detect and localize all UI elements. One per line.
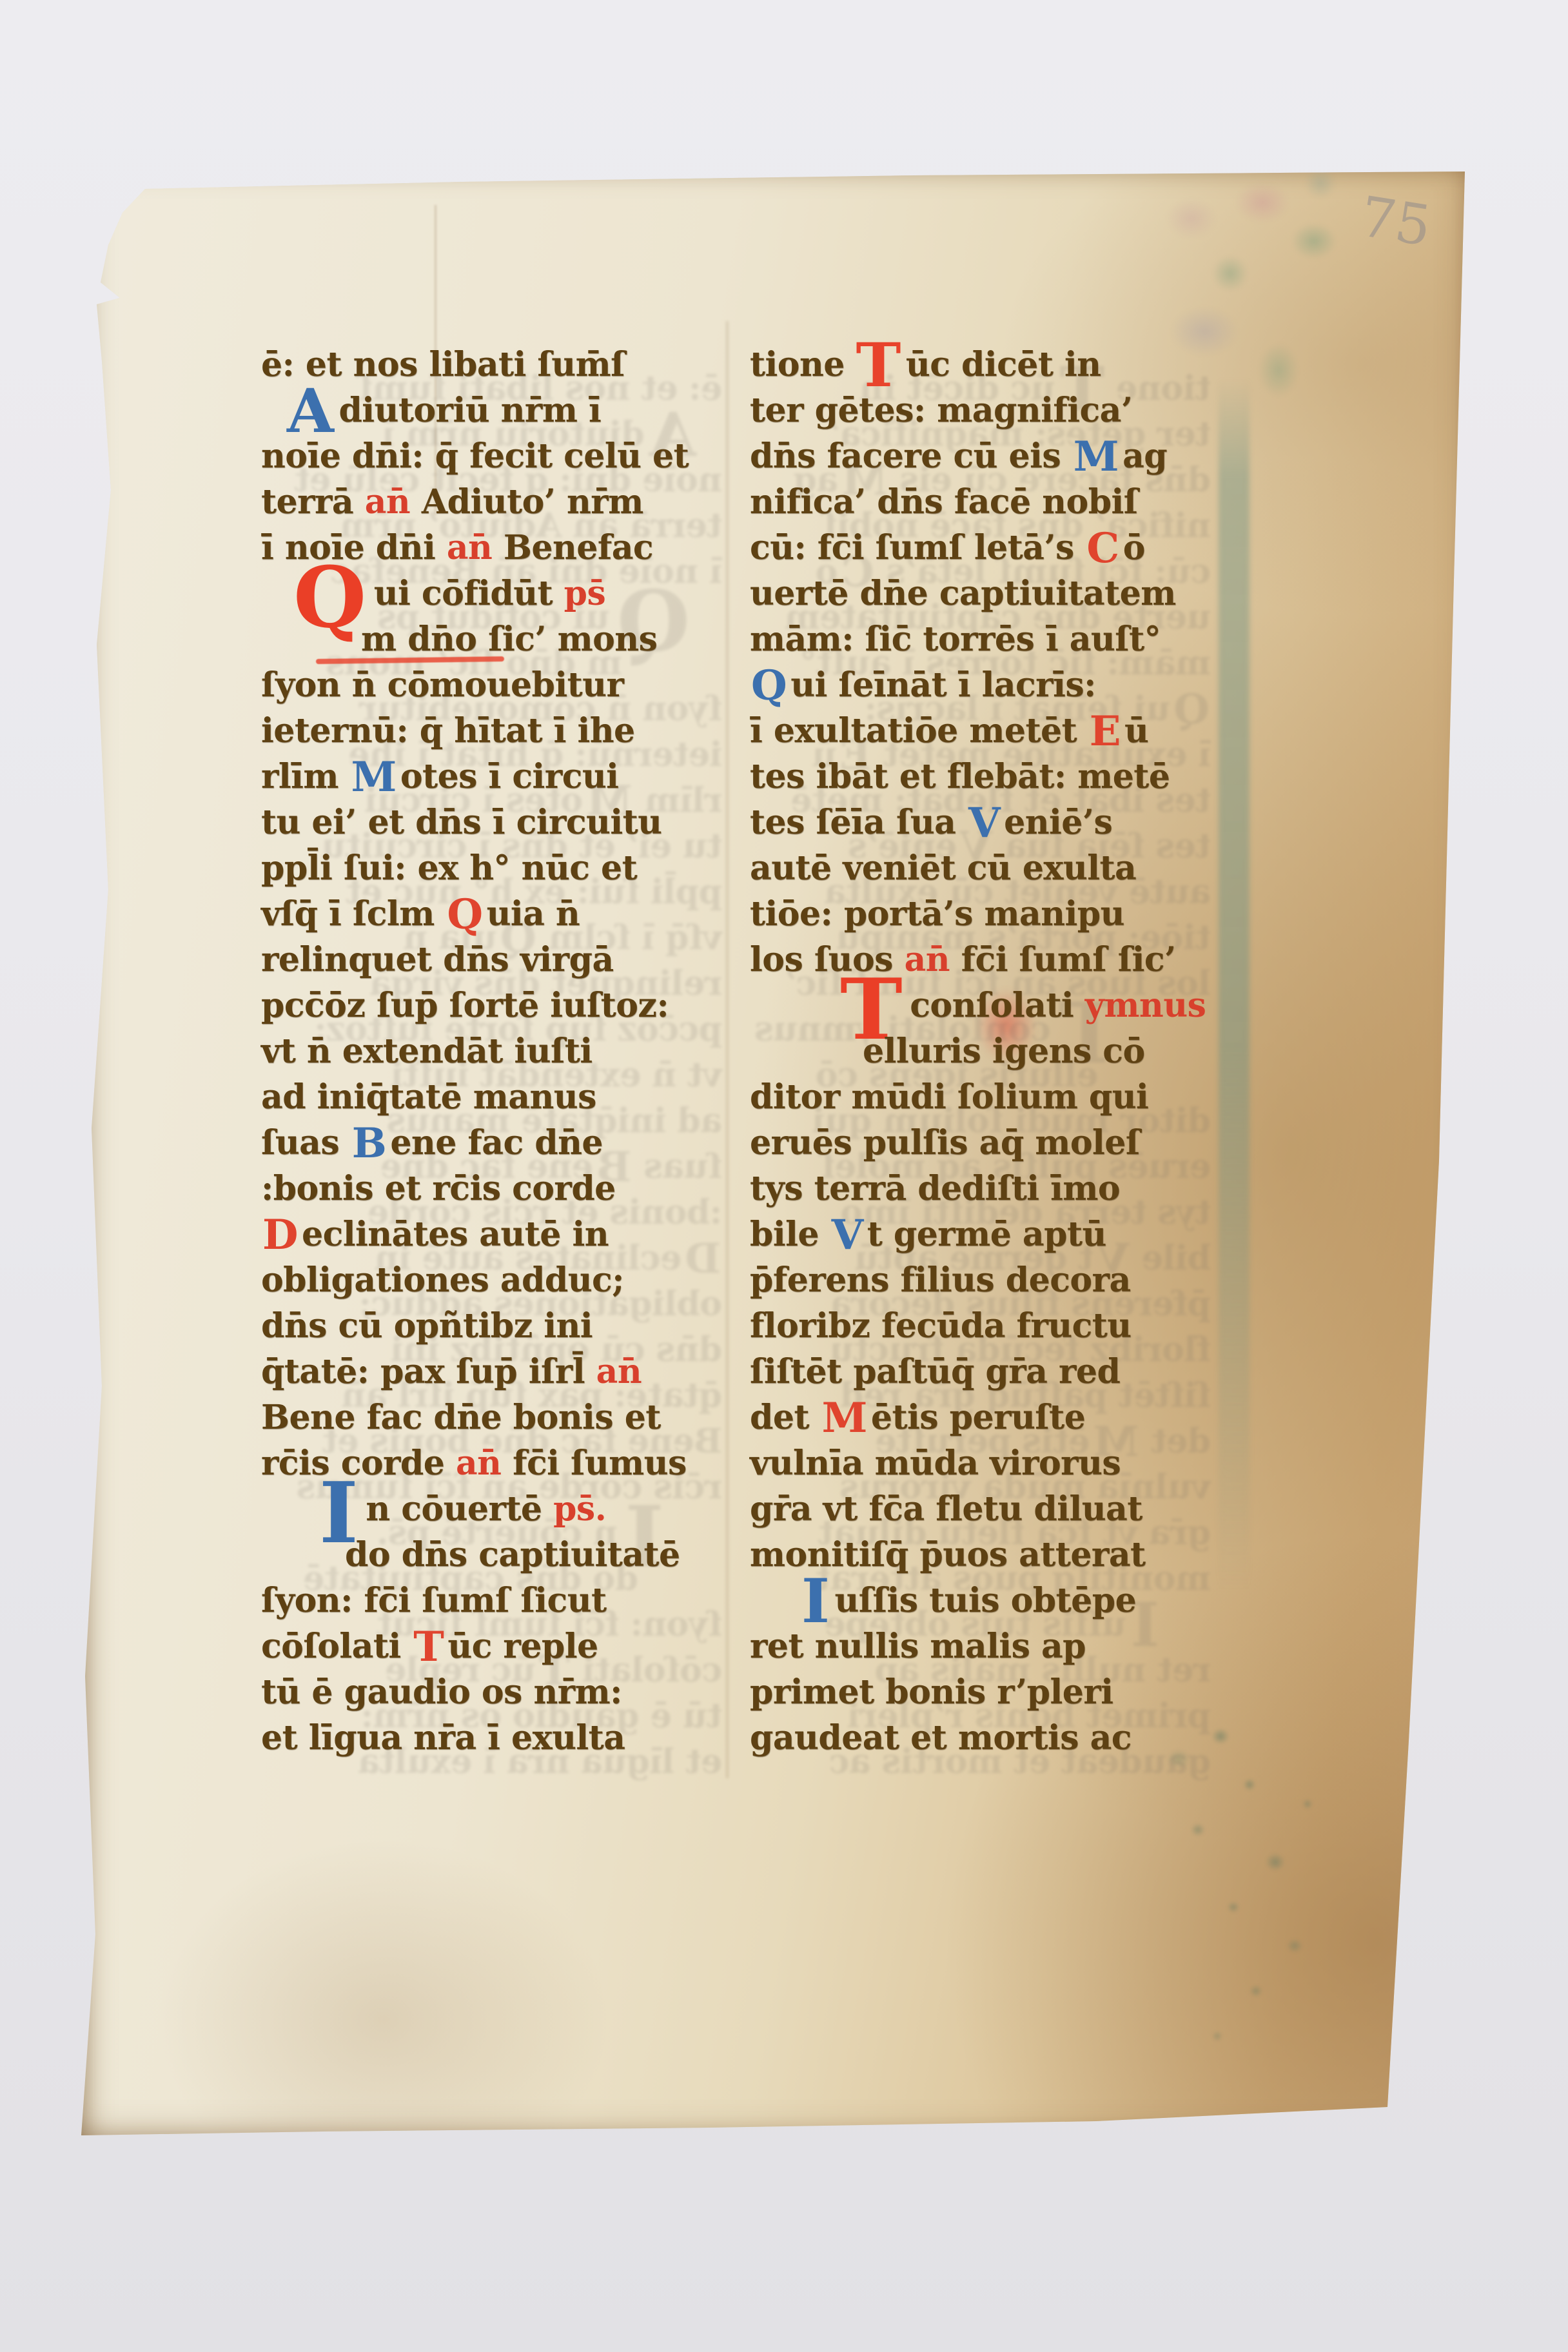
text-line: los ſuos an̄ fc̄i ſumſ ſic’ [750,937,1211,983]
text-line: vt n̄ extendāt iuſti [261,1028,722,1074]
ink-text: autē veniēt cū exulta [750,848,1136,888]
ink-text: floribz fecūda fructu [750,1306,1132,1346]
text-line: tes ſēīa ſua Veniē’s [750,799,1211,845]
ink-text: ditor mūdi ſolium qui [750,1077,1148,1117]
text-line: ſuas Bene fac dn̄e [261,1120,722,1166]
ink-text: ūc reple [447,1627,598,1666]
text-line: ret nullis malis ap [750,1623,1211,1669]
text-line: cū: fc̄i ſumſ letā’s Cō [750,525,1211,571]
text-line: Declinātes autē in [261,1211,722,1257]
text-line: Tconſolati ymnus [750,983,1211,1028]
ink-text: ui ſeīnāt ī lacrīs: [790,665,1096,705]
ink-text: eclinātes autē in [302,1215,609,1254]
manuscript-leaf: 75 ē: et nos libati ſum̄ſAdiutoriū nr̄m … [76,166,1472,2138]
ink-text: uia n̄ [487,894,580,934]
ink-text: vulnīa mūda virorus [750,1444,1121,1483]
text-line: ſyon n̄ cōmouebitur [261,662,722,708]
rubric-text: an̄ [596,1352,642,1391]
text-line: tū ē gaudio os nr̄m: [261,1669,722,1715]
ink-text: tiōe: portā’s manipu [750,894,1124,934]
ink-text: ene fac dn̄e [390,1123,603,1162]
text-line: tu ei’ et dn̄s ī circuitu [261,799,722,845]
text-line: relinquet dn̄s virgā [261,937,722,983]
text-line: Qui cōfidūt ps̄ [261,571,722,616]
text-line: ppl̄i ſui: ex h° nūc et [261,845,722,891]
ink-text: tione [750,345,856,384]
ink-text: elluris igens cō [863,1032,1145,1071]
ink-text: ſyon: fc̄i ſumſ ſicut [261,1581,607,1620]
lombard-initial: T [413,1623,444,1671]
ink-text: ter gētes: magnifica’ [750,391,1132,430]
text-line: et līgua nr̄a ī exulta [261,1715,722,1761]
ink-text: et līgua nr̄a ī exulta [261,1718,625,1758]
text-line: vulnīa mūda virorus [750,1440,1211,1486]
ink-text: dn̄s facere cū eis [750,436,1072,476]
ink-text: ppl̄i ſui: ex h° nūc et [261,848,637,888]
text-line: gr̄a vt fc̄a fletu diluat [750,1486,1211,1532]
text-line: Iuſſis tuis obtēpe [750,1578,1211,1623]
text-line: pcc̄ōz ſup̄ ſortē iuſtoz: [261,983,722,1028]
text-line: Qui ſeīnāt ī lacrīs: [750,662,1211,708]
rubric-text: ps̄ [564,574,606,613]
text-line: cōſolati Tūc reple [261,1623,722,1669]
text-line: m dn̄o ſic’ mons [261,616,722,662]
ink-text: gaudeat et mortis ac [750,1718,1132,1758]
text-line: bile Vt germē aptū [750,1211,1211,1257]
text-line: tiōe: portā’s manipu [750,891,1211,937]
ink-text: tys terrā dediſti īmo [750,1169,1120,1208]
text-line: In cōuertē ps̄. [261,1486,722,1532]
ink-text: eniē’s [1004,803,1112,842]
folio-number: 75 [1356,184,1436,259]
rubric-text: an̄ [365,482,422,522]
ink-text: Benefac [504,528,653,567]
rubric-text: an̄ [447,528,504,567]
text-line: tys terrā dediſti īmo [750,1166,1211,1211]
text-line: ad iniq̄tatē manus [261,1074,722,1120]
ink-text: vt n̄ extendāt iuſti [261,1032,593,1071]
ink-text: fc̄i ſumſ ſic’ [961,940,1176,979]
text-line: q̄tatē: pax ſup̄ iſrl̄ an̄ [261,1349,722,1395]
text-line: obligationes adduc; [261,1257,722,1303]
ink-text: ūc dicēt in [906,345,1101,384]
rubric-text: ymnus [1085,986,1206,1025]
ink-text: uertē dn̄e captiuitatem [750,574,1176,613]
text-line: uertē dn̄e captiuitatem [750,571,1211,616]
ink-text: ſuas [261,1123,351,1162]
right-text-column: tione Tūc dicēt inter gētes: magnifica’d… [750,342,1211,1761]
ink-text: ū [1124,711,1148,750]
ink-text: ō [1123,528,1145,567]
ink-text: det [750,1398,821,1437]
ink-text: Bene fac dn̄e bonis et [261,1398,661,1437]
ink-text: m dn̄o ſic’ mons [361,620,657,659]
text-line: noīe dn̄i: q̄ fecit celū et [261,433,722,479]
text-line: primet bonis r’pleri [750,1669,1211,1715]
ink-text: ui cōfidūt [374,574,564,613]
text-line: terrā an̄ Adiuto’ nr̄m [261,479,722,525]
ink-text: dn̄s cū opñtibz ini [261,1306,593,1346]
ink-text: ī exultatiōe metēt [750,711,1088,750]
ink-text: t germē aptū [867,1215,1106,1254]
ink-text: ieternū: q̄ hītat ī ihe [261,711,635,750]
rubric-text: an̄ [905,940,961,979]
text-line: Adiutoriū nr̄m ī [261,387,722,433]
ink-text: n cōuertē [366,1489,553,1529]
ink-text: terrā [261,482,365,522]
ink-text: otes ī circui [400,757,619,796]
text-line: ter gētes: magnifica’ [750,387,1211,433]
column-gutter-crease [726,321,729,1778]
text-line: floribz fecūda fructu [750,1303,1211,1349]
ink-text: ſyon n̄ cōmouebitur [261,665,623,705]
text-line: :bonis et rc̄is corde [261,1166,722,1211]
ink-text: obligationes adduc; [261,1260,624,1300]
rubric-text: ps̄. [553,1489,606,1529]
text-line: ieternū: q̄ hītat ī ihe [261,708,722,754]
lombard-initial: D [262,1211,298,1259]
text-line: elluris igens cō [750,1028,1211,1074]
ink-text: eruēs pulſis aq̄ moleſ [750,1123,1140,1162]
ink-text: bile [750,1215,830,1254]
rubric-text: an̄ [456,1444,513,1483]
ink-text: nifica’ dn̄s facē nobiſ [750,482,1138,522]
ink-text: mām: ſic̄ torrēs ī auſt° [750,620,1161,659]
ink-text: tes ſēīa ſua [750,803,967,842]
text-line: rlīm Motes ī circui [261,754,722,799]
lombard-initial: V [832,1211,863,1259]
ink-text: pcc̄ōz ſup̄ ſortē iuſtoz: [261,986,669,1025]
text-line: vſq̄ ī ſclm Quia n̄ [261,891,722,937]
ink-text: rlīm [261,757,350,796]
text-line: Bene fac dn̄e bonis et [261,1395,722,1440]
lombard-initial: Q [751,661,787,710]
ink-text: vſq̄ ī ſclm [261,894,446,934]
ink-text: ad iniq̄tatē manus [261,1077,596,1117]
lombard-initial: Q [447,890,482,939]
text-line: eruēs pulſis aq̄ moleſ [750,1120,1211,1166]
text-line: det Mētis peruſte [750,1395,1211,1440]
ink-text: tes ibāt et flebāt: metē [750,757,1170,796]
ink-text: gr̄a vt fc̄a fletu diluat [750,1489,1142,1529]
text-line: tione Tūc dicēt in [750,342,1211,387]
text-line: do dn̄s captiuitatē [261,1532,722,1578]
ink-text: primet bonis r’pleri [750,1672,1113,1712]
text-line: ſiſtēt paſtūq̄ gr̄a red [750,1349,1211,1395]
ink-text: diutoriū nr̄m ī [338,391,601,430]
ink-text: cōſolati [261,1627,412,1666]
text-line: autē veniēt cū exulta [750,845,1211,891]
ink-text: do dn̄s captiuitatē [345,1535,680,1574]
text-line: ī exultatiōe metēt Eū [750,708,1211,754]
text-line: gaudeat et mortis ac [750,1715,1211,1761]
text-line: tes ibāt et flebāt: metē [750,754,1211,799]
ink-text: ſiſtēt paſtūq̄ gr̄a red [750,1352,1120,1391]
lombard-initial: B [352,1119,387,1168]
ink-text: ag [1122,436,1167,476]
ink-text: rc̄is corde [261,1444,456,1483]
ink-text: ētis peruſte [871,1398,1085,1437]
ink-text: p̄ferens filius decora [750,1260,1131,1300]
text-line: dn̄s cū opñtibz ini [261,1303,722,1349]
ink-text: q̄tatē: pax ſup̄ iſrl̄ [261,1352,596,1391]
lombard-initial: M [822,1394,867,1442]
text-line: ſyon: fc̄i ſumſ ſicut [261,1578,722,1623]
text-line: mām: ſic̄ torrēs ī auſt° [750,616,1211,662]
lombard-initial: M [351,753,397,801]
lombard-initial: V [968,799,1000,847]
ink-text: tū ē gaudio os nr̄m: [261,1672,622,1712]
ink-text: tu ei’ et dn̄s ī circuitu [261,803,661,842]
ink-text: cū: fc̄i ſumſ letā’s [750,528,1085,567]
text-line: p̄ferens filius decora [750,1257,1211,1303]
ink-text: ret nullis malis ap [750,1627,1086,1666]
lombard-initial: M [1073,433,1119,481]
ink-text: relinquet dn̄s virgā [261,940,614,979]
ink-text: fc̄i ſumus [513,1444,687,1483]
left-text-column: ē: et nos libati ſum̄ſAdiutoriū nr̄m īno… [261,342,722,1761]
text-line: nifica’ dn̄s facē nobiſ [750,479,1211,525]
ink-text: noīe dn̄i: q̄ fecit celū et [261,436,689,476]
ink-text: uſſis tuis obtēpe [834,1581,1136,1620]
border-bar-showthrough [1219,379,1249,1591]
ink-text: :bonis et rc̄is corde [261,1169,616,1208]
lombard-initial: E [1090,707,1121,756]
text-line: ditor mūdi ſolium qui [750,1074,1211,1120]
ink-text: Adiuto’ nr̄m [422,482,643,522]
text-line: dn̄s facere cū eis Mag [750,433,1211,479]
lombard-initial: C [1086,524,1119,573]
ink-text: conſolati [910,986,1085,1025]
